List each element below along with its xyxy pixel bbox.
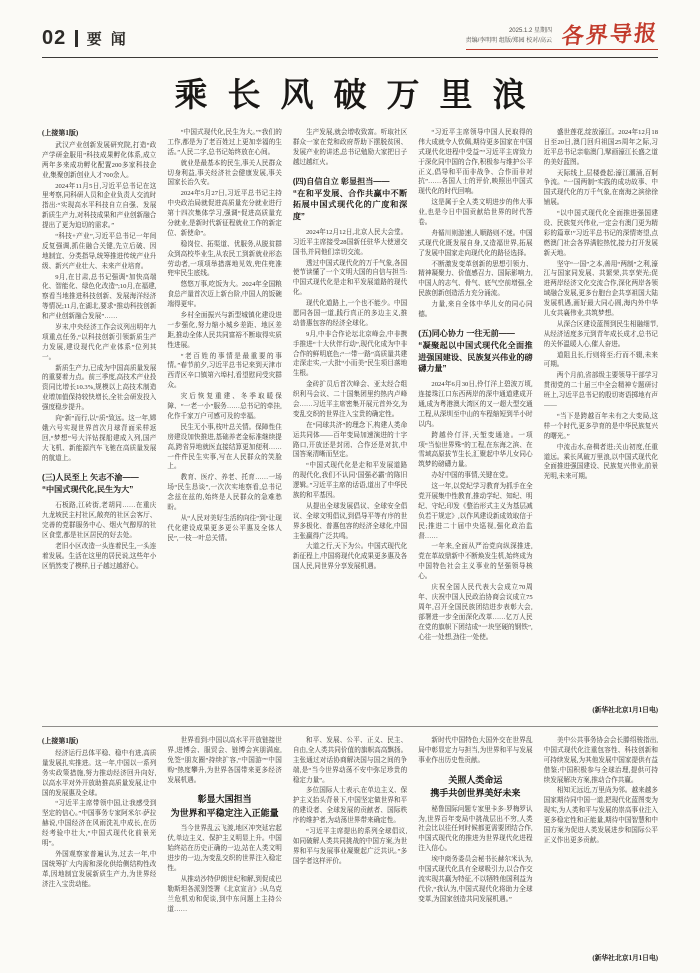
bottom-article-columns: (上接第1版)经济运行总体平稳、稳中有进,高质量发展扎实推进。这一年,中国以一系… [42, 736, 658, 962]
article-column: 美中公共事务协会会长滕绍骏指出,中国式现代化注重包容性、科技创新和可持续发展,为… [544, 736, 658, 962]
body-paragraph: 美中公共事务协会会长滕绍骏指出,中国式现代化注重包容性、科技创新和可持续发展,为… [544, 736, 658, 785]
body-paragraph: 教育、医疗、养老、托育……一场场“民生恳谈”,一次次实地察看,总书记念兹在兹的,… [167, 473, 281, 513]
body-paragraph: 相知无远近,万里尚为邻。越来越多国家期待同中国一道,把现代化蓝图变为现实,为人类… [544, 786, 658, 845]
body-paragraph: 2024年6月30日,伶仃洋上碧波万顷,连接珠江口东西两岸的深中通道建成开通,成… [418, 380, 532, 429]
issue-meta: 2025.1.2 星期四 责编/李明明 组版/郑园 校对/高云 [466, 26, 552, 46]
page-header: 02 要闻 2025.1.2 星期四 责编/李明明 组版/郑园 校对/高云 各界… [42, 24, 658, 58]
wire-signature: (新华社北京1月1日电) [544, 948, 658, 962]
article-column: 生产发展,就会增收致富。听取社区群众一家在党和政府帮助下摆脱贫困、发展产业的讲述… [293, 128, 407, 714]
subarticle-heading-line: 携手共创世界美好未来 [418, 787, 532, 801]
article-column: 和平、发展、公平、正义、民主、自由,全人类共同价值的旗帜高高飘扬。主张通过对话协… [293, 736, 407, 962]
body-paragraph: 老旧小区改造一头连着民生,一头连着发展。生活在这里的居民说,这些年小区悄然变了模… [42, 542, 156, 572]
subarticle-heading-line: 为世界和平稳定注入正能量 [167, 807, 281, 821]
section-heading: (三)人民至上 矢志不渝—— [42, 472, 156, 483]
article-divider-rule [42, 726, 658, 727]
body-paragraph: 经济运行总体平稳、稳中有进,高质量发展扎实推进。这一年,中国以一系列务实政策措施… [42, 749, 156, 798]
staff-line: 责编/李明明 组版/郑园 校对/高云 [466, 36, 552, 46]
top-article-columns: (上接第1版)武汉产业创新发展研究院,打造“政产学研金服用”科技成果孵化体系,成… [42, 128, 658, 714]
header-left: 02 要闻 [42, 27, 135, 50]
body-paragraph: 从深合区建设蓝图到民生相融细节,从经济适度多元到青年成长成才,总书记的关怀温暖人… [544, 320, 658, 350]
body-paragraph: 透过中国式现代化的万千气象,各国使节读懂了一个文明大国的自信与担当:中国式现代化… [293, 259, 407, 299]
section-name: 要闻 [87, 28, 135, 49]
body-paragraph: 盛世莲花,绽放濠江。2024年12月18日至20日,澳门回归祖国25周年之际,习… [544, 128, 658, 168]
article-column: “习近平主席领导中国人民取得的伟大成就令人钦佩,期待更多国家在中国式现代化进程中… [418, 128, 532, 714]
body-paragraph: 新时代中国特色大国外交在世界乱局中彰显定力与担当,为世界和平与发展事业作出历史性… [418, 736, 532, 766]
body-paragraph: 庆祝全国人民代表大会成立70周年、庆祝中国人民政治协商会议成立75周年,召开全国… [418, 583, 532, 642]
body-paragraph: 坚守“一国”之本,善用“两制”之利,濠江与国家同发展、共繁荣,共享荣光;促进两岸… [544, 260, 658, 319]
body-paragraph: 从推动沙特伊朗世纪和解,到促成巴勒斯坦各派别签署《北京宣言》;从乌克兰危机劝和促… [167, 875, 281, 915]
body-paragraph: 天际线上,层楼叠起;濠江潮涌,百舸争流。“一国两制”实践的成功故事、中国式现代化… [544, 169, 658, 209]
body-paragraph: 乡村全面振兴与新型城镇化建设进一步强化,努力缩小城乡差距、地区差距,推动全体人民… [167, 311, 281, 351]
continued-from-marker: (上接第1版) [42, 736, 156, 746]
article-main-title: 乘长风破万里浪 [42, 69, 658, 116]
body-paragraph: 金砖扩员后首次峰会、亚太经合组织利马会议、二十国集团里约热内卢峰会……习近平主席… [293, 380, 407, 420]
subarticle-heading-line: 关照人类命运 [418, 774, 532, 788]
body-paragraph: “中国式现代化,民生为大。”“我们的工作,都是为了老百姓过上更加幸福的生活。”人… [167, 128, 281, 158]
body-paragraph: 道阻且长,行则将至;行而不辍,未来可期。 [544, 351, 658, 371]
article-column: (上接第1版)武汉产业创新发展研究院,打造“政产学研金服用”科技成果孵化体系,成… [42, 128, 156, 714]
body-paragraph: 办好中国的事情,关键在党。 [418, 471, 532, 481]
section-heading-quote: “在和平发展、合作共赢中不断拓展中国式现代化的广度和深度” [293, 188, 407, 222]
body-paragraph: 向“新”而行,以“质”致远。这一年,嫦娥六号实现世界首次月球背面采样返回,“梦想… [42, 414, 156, 463]
section-heading: (五)同心协力 一往无前—— [418, 328, 532, 339]
body-paragraph: 灾后恢复重建、冬季取暖保障、“一老一小”服务……总书记的牵挂,化作千家万户可感可… [167, 392, 281, 422]
body-paragraph: 中流击水,奋楫者进;关山初度,任重道远。乘长风破万里浪,以中国式现代化全面推进强… [544, 443, 658, 483]
body-paragraph: 民生无小事,枝叶总关情。保障性住房建设加快推进,基础养老金标准继续提高,跨省异地… [167, 423, 281, 472]
body-paragraph: 这是属于全人类文明进步的伟大事业,也是今日中国贡献给世界的时代答卷。 [418, 198, 532, 228]
continued-from-marker: (上接第1版) [42, 128, 156, 138]
body-paragraph: 当今世界乱云飞渡,地区冲突延宕起伏,单边主义、保护主义明显上升。中国始终站在历史… [167, 824, 281, 873]
body-paragraph: 秘鲁国际问题专家里卡多·罗梅罗认为,世界百年变局中挑战层出不穷,人类社会比以往任… [418, 805, 532, 854]
body-paragraph: 悠悠万事,吃饭为大。2024年全国粮食总产量首次迈上新台阶,中国人的饭碗端得更牢… [167, 280, 281, 310]
body-paragraph: 2024年11月5日,习近平总书记在这里考察,同科研人员和企业负责人交流时指出:… [42, 182, 156, 231]
body-paragraph: “老百姓的事情是最重要的事情。”春节前夕,习近平总书记来到天津市西青区辛口镇第六… [167, 352, 281, 392]
page-number: 02 [42, 27, 66, 50]
wire-signature: (新华社北京1月1日电) [544, 700, 658, 714]
subarticle-heading-line: 彰显大国担当 [167, 793, 281, 807]
article-column: 新时代中国特色大国外交在世界乱局中彰显定力与担当,为世界和平与发展事业作出历史性… [418, 736, 532, 962]
body-paragraph: 外国观察家普遍认为,过去一年,中国统筹扩大内需和深化供给侧结构性改革,因地制宜发… [42, 850, 156, 890]
section-heading: (四)自信自立 彰显担当—— [293, 176, 407, 187]
body-paragraph: 岁末,中央经济工作会议列出明年九项重点任务,“以科技创新引领新质生产力发展,建设… [42, 323, 156, 363]
body-paragraph: “当下是跨越百年未有之大变局,这样一个时代,更多孕育的是中华民族复兴的曙光。” [544, 412, 658, 442]
body-paragraph: 稳岗位、拓渠道、优服务,从脱贫群众到高校毕业生,从农民工到新就业形态劳动者,一项… [167, 240, 281, 280]
header-right: 2025.1.2 星期四 责编/李明明 组版/郑园 校对/高云 各界导报 [466, 24, 658, 50]
body-paragraph: 生产发展,就会增收致富。听取社区群众一家在党和政府帮助下摆脱贫困、发展产业的讲述… [293, 128, 407, 168]
body-paragraph: 9月,在甘肃,总书记强调“加快高端化、智能化、绿色化改造”;10月,在福建,察看… [42, 273, 156, 322]
body-paragraph: 多位国际人士表示,在单边主义、保护主义抬头背景下,中国坚定做世界和平的建设者、全… [293, 786, 407, 826]
body-paragraph: “以中国式现代化全面推进强国建设、民族复兴伟业,一定会有澳门更为精彩的篇章!”习… [544, 209, 658, 258]
body-paragraph: 两个月前,省部级主要领导干部学习贯彻党的二十届三中全会精神专题研讨班上,习近平总… [544, 371, 658, 411]
subarticle-heading: 关照人类命运携手共创世界美好未来 [418, 774, 532, 801]
body-paragraph: 从提出全球发展倡议、全球安全倡议、全球文明倡议,到倡导平等有序的世界多极化、普惠… [293, 502, 407, 542]
body-paragraph: 新质生产力,已成为中国高质量发展的重要着力点。前三季度,高技术产业投资同比增长1… [42, 364, 156, 413]
article-column: 盛世莲花,绽放濠江。2024年12月18日至20日,澳门回归祖国25周年之际,习… [544, 128, 658, 714]
article-column: “中国式现代化,民生为大。”“我们的工作,都是为了老百姓过上更加幸福的生活。”人… [167, 128, 281, 714]
body-paragraph: “习近平主席带领中国,让我感受到坚定的信心。”中国事务专家阿米尔·萨拉赫说,中国… [42, 799, 156, 848]
body-paragraph: 和平、发展、公平、正义、民主、自由,全人类共同价值的旗帜高高飘扬。主张通过对话协… [293, 736, 407, 785]
body-paragraph: 现代化道路上,一个也不能少。中国愿同各国一道,践行真正的多边主义,推动普惠包容的… [293, 299, 407, 329]
body-paragraph: 9月,中非合作论坛北京峰会,中非携手推进“十大伙伴行动”,现代化成为中非合作的鲜… [293, 330, 407, 379]
body-paragraph: 这一年,以党纪学习教育为抓手在全党开展集中性教育,推动学纪、知纪、明纪、守纪;印… [418, 482, 532, 541]
date-line: 2025.1.2 星期四 [466, 26, 552, 36]
body-paragraph: 一年来,全面从严治党向纵深推进,党在革故鼎新中不断焕发生机,始终成为中国特色社会… [418, 542, 532, 582]
body-paragraph: 2024年5月27日,习近平总书记主持中央政治局就促进高质量充分就业进行第十四次… [167, 189, 281, 238]
body-paragraph: 不断激发变革创新的思想引领力、精神凝聚力、价值感召力、国际影响力,中国人的志气、… [418, 260, 532, 300]
section-heading-quote: “中国式现代化,民生为大” [42, 484, 156, 495]
header-divider-bar [75, 30, 78, 47]
body-paragraph: “科技+产业”,习近平总书记一年间反复强调,抓住融合关键,先立后破、因地制宜、分… [42, 232, 156, 272]
newspaper-masthead: 各界导报 [561, 22, 660, 47]
article-column: (上接第1版)经济运行总体平稳、稳中有进,高质量发展扎实推进。这一年,中国以一系… [42, 736, 156, 962]
body-paragraph: 力量,来自全体中华儿女的同心同德。 [418, 300, 532, 320]
body-paragraph: 武汉产业创新发展研究院,打造“政产学研金服用”科技成果孵化体系,成立两年多来成功… [42, 141, 156, 181]
body-paragraph: 跨越伶仃洋,天堑变通途。一项项“当惊世界殊”的工程,在东海之滨、在雪域高原拔节生… [418, 431, 532, 471]
body-paragraph: 石板路,江砖街,老胡同……在重庆九龙坡民主村社区,敞亮的社区会客厅、完善的党群服… [42, 501, 156, 541]
body-paragraph: “中国式现代化是走和平发展道路的现代化,我们不认同‘国强必霸’的陈旧逻辑。”习近… [293, 461, 407, 501]
body-paragraph: 2024年12月12日,北京人民大会堂。习近平主席接受28国新任驻华大使递交国书… [293, 228, 407, 258]
body-paragraph: “习近平主席领导中国人民取得的伟大成就令人钦佩,期待更多国家在中国式现代化进程中… [418, 128, 532, 197]
newspaper-page: 02 要闻 2025.1.2 星期四 责编/李明明 组版/郑园 校对/高云 各界… [0, 0, 700, 973]
body-paragraph: “习近平主席提出的系列全球倡议,如同破解人类共同挑战的中国方案,为世界和平与发展… [293, 827, 407, 867]
body-paragraph: 就业是最基本的民生,事关人民群众切身利益,事关经济社会健康发展,事关国家长治久安… [167, 159, 281, 189]
body-paragraph: 在“同球共济”的理念下,构建人类命运共同体——百年变局加速演进的十字路口,开放还… [293, 421, 407, 461]
article-column: 世界看到:中国以高水平开放链接世界,进博会、服贸会、链博会宾朋满座,免签“朋友圈… [167, 736, 281, 962]
section-heading-quote: “凝聚起以中国式现代化全面推进强国建设、民族复兴伟业的磅礴力量” [418, 340, 532, 374]
body-paragraph: 世界看到:中国以高水平开放链接世界,进博会、服贸会、链博会宾朋满座,免签“朋友圈… [167, 736, 281, 785]
body-paragraph: 舟循川则游速,人顺路则不迷。中国式现代化既发展自身,又造福世界,拓展了发展中国家… [418, 229, 532, 259]
subarticle-heading: 彰显大国担当为世界和平稳定注入正能量 [167, 793, 281, 820]
body-paragraph: 大道之行,天下为公。中国式现代化新征程上,中国将现代化成果更多惠及各国人民,同世… [293, 542, 407, 572]
body-paragraph: 埃中商务委员会秘书长赫尔米认为,中国式现代化具有全球吸引力,以合作交流实现共赢为… [418, 855, 532, 904]
body-paragraph: 从“人民对美好生活的向往”到“让现代化建设成果更多更公平惠及全体人民”,一枝一叶… [167, 514, 281, 544]
